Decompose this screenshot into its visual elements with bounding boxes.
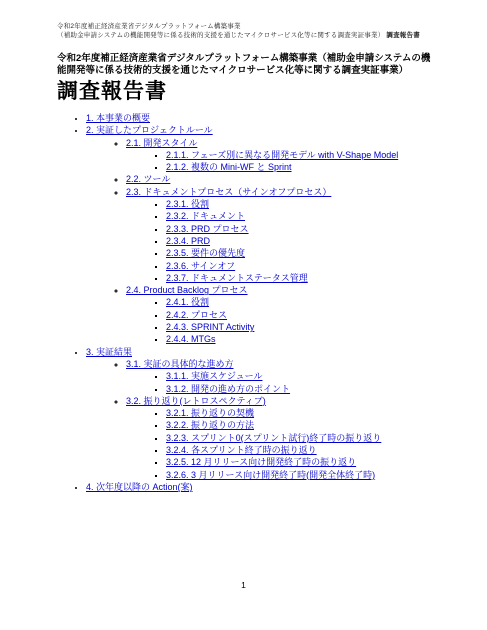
toc-link[interactable]: 2.2. ツール [126, 174, 170, 184]
header-line1: 令和2年度補正経済産業省デジタルプラットフォーム構築事業 [57, 22, 437, 31]
toc-item: 2.4. Product Backlog プロセス2.4.1. 役割2.4.2.… [126, 284, 437, 345]
toc-item: 2.3.3. PRD プロセス [166, 223, 437, 235]
toc-link[interactable]: 2.4.2. プロセス [166, 310, 227, 320]
document-page: 令和2年度補正経済産業省デジタルプラットフォーム構築事業 （補助金申請システムの… [0, 0, 487, 630]
toc-item: 2.3.2. ドキュメント [166, 210, 437, 222]
toc-link[interactable]: 3.1.1. 実施スケジュール [166, 371, 262, 381]
toc-item: 2.3.6. サインオフ [166, 260, 437, 272]
toc-link[interactable]: 2.3.6. サインオフ [166, 261, 235, 271]
toc-link[interactable]: 2. 実証したプロジェクトルール [86, 125, 213, 135]
toc-link[interactable]: 3.1.2. 開発の進め方のポイント [166, 384, 290, 394]
toc-link[interactable]: 2.3.1. 役割 [166, 199, 209, 209]
toc-link[interactable]: 2.3.2. ドキュメント [166, 211, 245, 221]
table-of-contents: 1. 本事業の概要2. 実証したプロジェクトルール2.1. 開発スタイル2.1.… [57, 112, 437, 493]
toc-sublist: 3.1. 実証の具体的な進め方3.1.1. 実施スケジュール3.1.2. 開発の… [86, 358, 437, 481]
toc-link[interactable]: 2.3.5. 要件の優先度 [166, 248, 245, 258]
toc-item: 2.4.2. プロセス [166, 309, 437, 321]
toc-item: 2.1.2. 複数の Mini-WF と Sprint [166, 161, 437, 173]
toc-item: 2.3.7. ドキュメントステータス管理 [166, 272, 437, 284]
toc-item: 3.2.4. 各スプリント終了時の振り返り [166, 444, 437, 456]
toc-item: 1. 本事業の概要 [86, 112, 437, 124]
toc-link[interactable]: 2.1.2. 複数の Mini-WF と Sprint [166, 162, 292, 172]
toc-item: 3.1.2. 開発の進め方のポイント [166, 383, 437, 395]
toc-sublist: 3.2.1. 振り返りの契機3.2.2. 振り返りの方法3.2.3. スプリント… [126, 407, 437, 481]
toc-link[interactable]: 2.3.3. PRD プロセス [166, 224, 249, 234]
toc-item: 2.4.1. 役割 [166, 296, 437, 308]
toc-link[interactable]: 2.3.7. ドキュメントステータス管理 [166, 273, 308, 283]
toc-link[interactable]: 2.4. Product Backlog プロセス [126, 285, 248, 295]
toc-item: 2.3.4. PRD [166, 235, 437, 247]
header-line2: （補助金申請システムの機能開発等に係る技術的支援を通じたマイクロサービス化等に関… [57, 31, 437, 40]
toc-sublist: 2.1.1. フェーズ別に異なる開発モデル with V-Shape Model… [126, 149, 437, 174]
toc-link[interactable]: 2.1.1. フェーズ別に異なる開発モデル with V-Shape Model [166, 150, 398, 160]
toc-link[interactable]: 3.2. 振り返り(レトロスペクティブ) [126, 396, 266, 406]
toc-link[interactable]: 2.1. 開発スタイル [126, 138, 197, 148]
toc-item: 2.4.3. SPRINT Activity [166, 321, 437, 333]
toc-link[interactable]: 3.1. 実証の具体的な進め方 [126, 359, 234, 369]
toc-item: 3. 実証結果3.1. 実証の具体的な進め方3.1.1. 実施スケジュール3.1… [86, 346, 437, 481]
page-title: 調査報告書 [57, 79, 437, 105]
header-line2-text: （補助金申請システムの機能開発等に係る技術的支援を通じたマイクロサービス化等に関… [57, 32, 384, 39]
toc-link[interactable]: 3.2.1. 振り返りの契機 [166, 408, 254, 418]
toc-item: 2.2. ツール [126, 173, 437, 185]
toc-link[interactable]: 1. 本事業の概要 [86, 113, 150, 123]
toc-link[interactable]: 3.2.6. 3 月リリース向け開発終了時(開発全体終了時) [166, 470, 375, 480]
toc-link[interactable]: 3. 実証結果 [86, 347, 132, 357]
toc-link[interactable]: 3.2.3. スプリント0(スプリント試行)終了時の振り返り [166, 433, 381, 443]
toc-sublist: 2.3.1. 役割2.3.2. ドキュメント2.3.3. PRD プロセス2.3… [126, 198, 437, 284]
toc-item: 2. 実証したプロジェクトルール2.1. 開発スタイル2.1.1. フェーズ別に… [86, 124, 437, 345]
toc-item: 3.2.3. スプリント0(スプリント試行)終了時の振り返り [166, 432, 437, 444]
document-heading: 令和2年度補正経済産業省デジタルプラットフォーム構築事業（補助金申請システムの機… [57, 53, 437, 76]
toc-item: 3.2.5. 12 月リリース向け開発終了時の振り返り [166, 456, 437, 468]
header-doc-type: 調査報告書 [386, 32, 420, 39]
toc-item: 2.3.1. 役割 [166, 198, 437, 210]
toc-list: 1. 本事業の概要2. 実証したプロジェクトルール2.1. 開発スタイル2.1.… [57, 112, 437, 493]
toc-link[interactable]: 2.4.1. 役割 [166, 297, 209, 307]
toc-link[interactable]: 2.3. ドキュメントプロセス（サインオフプロセス） [126, 187, 331, 197]
toc-sublist: 3.1.1. 実施スケジュール3.1.2. 開発の進め方のポイント [126, 370, 437, 395]
toc-item: 2.1. 開発スタイル2.1.1. フェーズ別に異なる開発モデル with V-… [126, 137, 437, 174]
toc-link[interactable]: 3.2.4. 各スプリント終了時の振り返り [166, 445, 317, 455]
toc-sublist: 2.1. 開発スタイル2.1.1. フェーズ別に異なる開発モデル with V-… [86, 137, 437, 346]
page-number: 1 [0, 580, 487, 590]
toc-item: 2.3. ドキュメントプロセス（サインオフプロセス）2.3.1. 役割2.3.2… [126, 186, 437, 284]
toc-link[interactable]: 2.4.4. MTGs [166, 334, 216, 344]
toc-item: 3.1.1. 実施スケジュール [166, 370, 437, 382]
document-header: 令和2年度補正経済産業省デジタルプラットフォーム構築事業 （補助金申請システムの… [57, 22, 437, 40]
toc-item: 3.2. 振り返り(レトロスペクティブ)3.2.1. 振り返りの契機3.2.2.… [126, 395, 437, 481]
toc-item: 4. 次年度以降の Action(案) [86, 481, 437, 493]
toc-link[interactable]: 4. 次年度以降の Action(案) [86, 482, 193, 492]
toc-item: 3.2.2. 振り返りの方法 [166, 419, 437, 431]
toc-item: 3.2.1. 振り返りの契機 [166, 407, 437, 419]
toc-link[interactable]: 2.3.4. PRD [166, 236, 210, 246]
toc-sublist: 2.4.1. 役割2.4.2. プロセス2.4.3. SPRINT Activi… [126, 296, 437, 345]
toc-link[interactable]: 3.2.5. 12 月リリース向け開発終了時の振り返り [166, 457, 356, 467]
toc-item: 3.2.6. 3 月リリース向け開発終了時(開発全体終了時) [166, 469, 437, 481]
toc-link[interactable]: 2.4.3. SPRINT Activity [166, 322, 254, 332]
toc-item: 2.3.5. 要件の優先度 [166, 247, 437, 259]
toc-item: 2.1.1. フェーズ別に異なる開発モデル with V-Shape Model [166, 149, 437, 161]
toc-item: 2.4.4. MTGs [166, 333, 437, 345]
toc-item: 3.1. 実証の具体的な進め方3.1.1. 実施スケジュール3.1.2. 開発の… [126, 358, 437, 395]
toc-link[interactable]: 3.2.2. 振り返りの方法 [166, 420, 254, 430]
